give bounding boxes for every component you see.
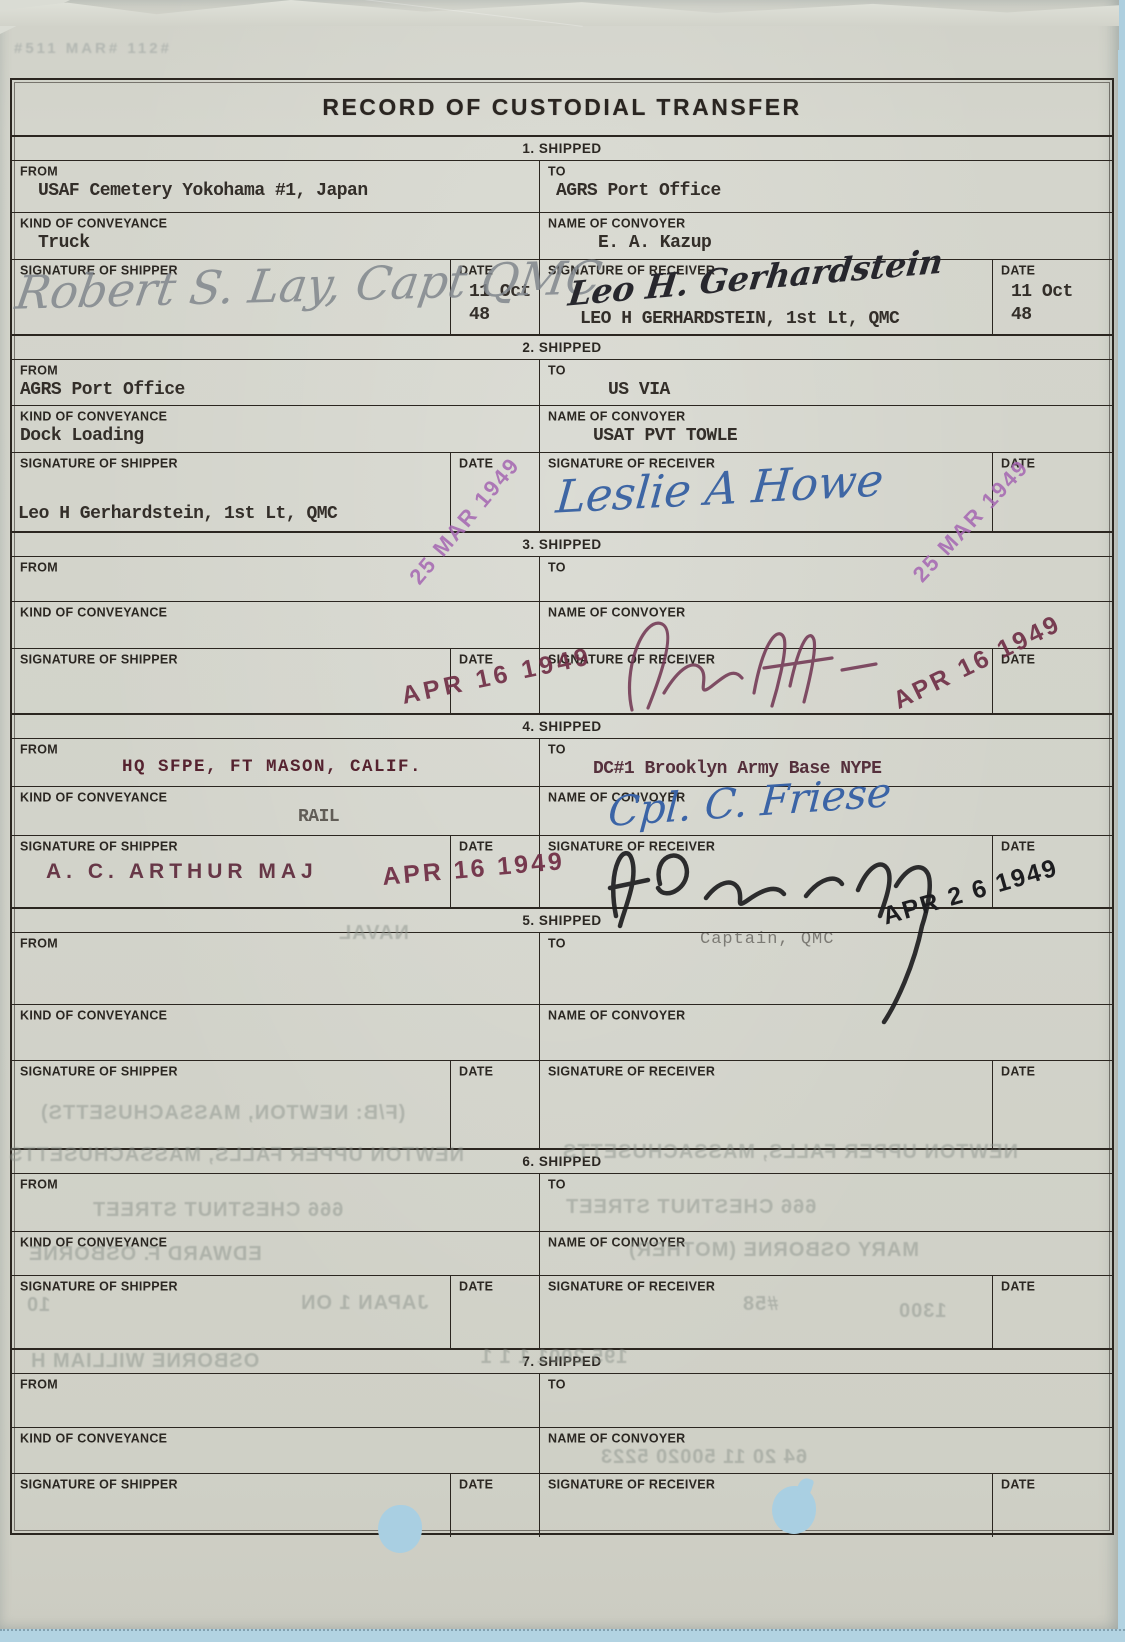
section-7-signature-row: SIGNATURE OF SHIPPER DATE SIGNATURE OF R… — [12, 1474, 1112, 1537]
conveyance-cell: KIND OF CONVEYANCEDock Loading — [12, 406, 539, 452]
to-label: TO — [548, 164, 1106, 179]
convoyer-label: NAME OF CONVOYER — [548, 1008, 1106, 1023]
shipper-typed-name: Leo H Gerhardstein, 1st Lt, QMC — [18, 503, 337, 526]
conveyance-value: Truck — [20, 232, 533, 255]
conveyance-cell: KIND OF CONVEYANCE — [12, 1005, 539, 1060]
shipper-signature-label: SIGNATURE OF SHIPPER — [20, 1064, 444, 1079]
section-4-shipped: 4. SHIPPED FROM TODC#1 Brooklyn Army Bas… — [12, 715, 1112, 909]
date-label: DATE — [1001, 1279, 1106, 1294]
form-title: RECORD OF CUSTODIAL TRANSFER — [322, 94, 801, 121]
shipper-date-cell: DATE11 Oct 48 — [450, 260, 539, 334]
section-heading-label: 4. SHIPPED — [522, 719, 601, 734]
section-3-signature-row: SIGNATURE OF SHIPPER DATE SIGNATURE OF R… — [12, 649, 1112, 715]
from-label: FROM — [20, 1377, 533, 1392]
from-cell: FROM — [12, 739, 539, 786]
to-cell: TODC#1 Brooklyn Army Base NYPE — [539, 739, 1112, 786]
shipper-signature-cell: SIGNATURE OF SHIPPER — [12, 260, 450, 334]
to-label: TO — [548, 742, 1106, 757]
section-4-heading: 4. SHIPPED — [12, 715, 1112, 739]
section-heading-label: 2. SHIPPED — [522, 340, 601, 355]
conveyance-label: KIND OF CONVEYANCE — [20, 790, 533, 805]
date-label: DATE — [1001, 263, 1106, 278]
section-1-conveyance-row: KIND OF CONVEYANCETruck NAME OF CONVOYER… — [12, 213, 1112, 260]
shipper-date-cell: DATE — [450, 453, 539, 531]
date-label: DATE — [459, 456, 533, 471]
section-5-heading: 5. SHIPPED — [12, 909, 1112, 933]
conveyance-value: RAIL — [20, 806, 533, 829]
section-2-conveyance-row: KIND OF CONVEYANCEDock Loading NAME OF C… — [12, 406, 1112, 453]
shipper-signature-cell: SIGNATURE OF SHIPPER — [12, 1276, 450, 1348]
shipper-signature-cell: SIGNATURE OF SHIPPERLeo H Gerhardstein, … — [12, 453, 450, 531]
receiver-date-cell: DATE — [992, 649, 1112, 713]
section-4-conveyance-row: KIND OF CONVEYANCERAIL NAME OF CONVOYER — [12, 787, 1112, 836]
convoyer-label: NAME OF CONVOYER — [548, 605, 1106, 620]
section-heading-label: 3. SHIPPED — [522, 537, 601, 552]
from-cell: FROM — [12, 933, 539, 1004]
section-5-from-to-row: FROM TO — [12, 933, 1112, 1005]
conveyance-label: KIND OF CONVEYANCE — [20, 216, 533, 231]
section-6-signature-row: SIGNATURE OF SHIPPER DATE SIGNATURE OF R… — [12, 1276, 1112, 1350]
receiver-signature-cell: SIGNATURE OF RECEIVER — [539, 1276, 992, 1348]
date-label: DATE — [459, 839, 533, 854]
to-label: TO — [548, 560, 1106, 575]
shipper-date-cell: DATE — [450, 1276, 539, 1348]
section-7-shipped: 7. SHIPPED FROM TO KIND OF CONVEYANCE NA… — [12, 1350, 1112, 1537]
receiver-date-cell: DATE11 Oct 48 — [992, 260, 1112, 334]
conveyance-label: KIND OF CONVEYANCE — [20, 1008, 533, 1023]
section-3-heading: 3. SHIPPED — [12, 533, 1112, 557]
section-2-from-to-row: FROMAGRS Port Office TOUS VIA — [12, 360, 1112, 406]
date-label: DATE — [1001, 456, 1106, 471]
receiver-typed-name: LEO H GERHARDSTEIN, 1st Lt, QMC — [580, 308, 899, 331]
conveyance-value: Dock Loading — [20, 425, 533, 448]
convoyer-label: NAME OF CONVOYER — [548, 409, 1106, 424]
receiver-date-value: 11 Oct 48 — [1001, 279, 1081, 328]
date-label: DATE — [459, 1064, 533, 1079]
section-4-signature-row: SIGNATURE OF SHIPPER DATE SIGNATURE OF R… — [12, 836, 1112, 909]
from-label: FROM — [20, 936, 533, 951]
receiver-signature-label: SIGNATURE OF RECEIVER — [548, 839, 986, 854]
hole-punch-left — [378, 1505, 422, 1553]
to-label: TO — [548, 1177, 1106, 1192]
receiver-signature-label: SIGNATURE OF RECEIVER — [548, 263, 986, 278]
convoyer-cell: NAME OF CONVOYER — [539, 1428, 1112, 1473]
convoyer-label: NAME OF CONVOYER — [548, 1431, 1106, 1446]
conveyance-cell: KIND OF CONVEYANCE — [12, 1428, 539, 1473]
section-heading-label: 5. SHIPPED — [522, 913, 601, 928]
section-2-shipped: 2. SHIPPED FROMAGRS Port Office TOUS VIA… — [12, 336, 1112, 533]
scanned-document: #511 MAR# 112# RECORD OF CUSTODIAL TRANS… — [0, 0, 1125, 1642]
form-title-box: RECORD OF CUSTODIAL TRANSFER — [12, 80, 1112, 137]
section-heading-label: 6. SHIPPED — [522, 1154, 601, 1169]
shipper-signature-label: SIGNATURE OF SHIPPER — [20, 1279, 444, 1294]
convoyer-cell: NAME OF CONVOYERUSAT PVT TOWLE — [539, 406, 1112, 452]
paper-sheet: #511 MAR# 112# RECORD OF CUSTODIAL TRANS… — [0, 0, 1119, 1633]
section-3-from-to-row: FROM TO — [12, 557, 1112, 602]
section-2-heading: 2. SHIPPED — [12, 336, 1112, 360]
scanner-edge-bottom — [0, 1629, 1125, 1642]
section-6-from-to-row: FROM TO — [12, 1174, 1112, 1232]
section-heading-label: 7. SHIPPED — [522, 1354, 601, 1369]
section-1-from-to-row: FROMUSAF Cemetery Yokohama #1, Japan TOA… — [12, 161, 1112, 213]
shipper-signature-label: SIGNATURE OF SHIPPER — [20, 839, 444, 854]
to-value: DC#1 Brooklyn Army Base NYPE — [548, 758, 1106, 781]
convoyer-cell: NAME OF CONVOYERE. A. Kazup — [539, 213, 1112, 259]
section-1-signature-row: SIGNATURE OF SHIPPER DATE11 Oct 48 SIGNA… — [12, 260, 1112, 336]
section-5-signature-row: SIGNATURE OF SHIPPER DATE SIGNATURE OF R… — [12, 1061, 1112, 1150]
receiver-signature-cell: SIGNATURE OF RECEIVER — [539, 649, 992, 713]
convoyer-label: NAME OF CONVOYER — [548, 1235, 1106, 1250]
convoyer-cell: NAME OF CONVOYER — [539, 602, 1112, 648]
conveyance-cell: KIND OF CONVEYANCE — [12, 602, 539, 648]
section-7-heading: 7. SHIPPED — [12, 1350, 1112, 1374]
shipper-signature-cell: SIGNATURE OF SHIPPER — [12, 649, 450, 713]
date-label: DATE — [1001, 652, 1106, 667]
to-cell: TO — [539, 1374, 1112, 1427]
section-1-heading: 1. SHIPPED — [12, 137, 1112, 161]
date-label: DATE — [459, 652, 533, 667]
from-cell: FROM — [12, 557, 539, 601]
section-heading-label: 1. SHIPPED — [522, 141, 601, 156]
date-label: DATE — [1001, 1064, 1106, 1079]
shipper-signature-label: SIGNATURE OF SHIPPER — [20, 263, 444, 278]
receiver-signature-label: SIGNATURE OF RECEIVER — [548, 652, 986, 667]
receiver-date-cell: DATE — [992, 1061, 1112, 1148]
to-label: TO — [548, 936, 1106, 951]
date-label: DATE — [1001, 1477, 1106, 1492]
receiver-signature-cell: SIGNATURE OF RECEIVER — [539, 1061, 992, 1148]
section-6-shipped: 6. SHIPPED FROM TO KIND OF CONVEYANCE NA… — [12, 1150, 1112, 1350]
receiver-signature-label: SIGNATURE OF RECEIVER — [548, 1477, 986, 1492]
to-label: TO — [548, 363, 1106, 378]
to-cell: TO — [539, 1174, 1112, 1231]
section-7-conveyance-row: KIND OF CONVEYANCE NAME OF CONVOYER — [12, 1428, 1112, 1474]
receiver-signature-cell: SIGNATURE OF RECEIVER — [539, 836, 992, 907]
shipper-signature-label: SIGNATURE OF SHIPPER — [20, 652, 444, 667]
shipper-date-cell: DATE — [450, 1474, 539, 1537]
date-label: DATE — [459, 1477, 533, 1492]
from-label: FROM — [20, 164, 533, 179]
convoyer-label: NAME OF CONVOYER — [548, 790, 1106, 805]
section-1-shipped: 1. SHIPPED FROMUSAF Cemetery Yokohama #1… — [12, 137, 1112, 336]
conveyance-cell: KIND OF CONVEYANCE — [12, 1232, 539, 1275]
shipper-date-value: 11 Oct 48 — [459, 279, 539, 328]
faint-top-marks: #511 MAR# 112# — [14, 40, 172, 57]
section-3-conveyance-row: KIND OF CONVEYANCE NAME OF CONVOYER — [12, 602, 1112, 649]
to-cell: TOAGRS Port Office — [539, 161, 1112, 212]
convoyer-cell: NAME OF CONVOYER — [539, 1005, 1112, 1060]
conveyance-cell: KIND OF CONVEYANCETruck — [12, 213, 539, 259]
from-label: FROM — [20, 363, 533, 378]
section-5-shipped: 5. SHIPPED FROM TO KIND OF CONVEYANCE NA… — [12, 909, 1112, 1150]
conveyance-label: KIND OF CONVEYANCE — [20, 605, 533, 620]
receiver-signature-label: SIGNATURE OF RECEIVER — [548, 1064, 986, 1079]
to-value: AGRS Port Office — [548, 180, 1106, 203]
date-label: DATE — [1001, 839, 1106, 854]
scanner-edge-right — [1118, 50, 1125, 1642]
shipper-signature-cell: SIGNATURE OF SHIPPER — [12, 836, 450, 907]
custodial-transfer-form: RECORD OF CUSTODIAL TRANSFER 1. SHIPPED … — [10, 78, 1114, 1535]
receiver-date-cell: DATE — [992, 1276, 1112, 1348]
convoyer-value: E. A. Kazup — [548, 232, 1106, 255]
conveyance-label: KIND OF CONVEYANCE — [20, 1431, 533, 1446]
section-2-signature-row: SIGNATURE OF SHIPPERLeo H Gerhardstein, … — [12, 453, 1112, 533]
to-cell: TO — [539, 557, 1112, 601]
receiver-date-cell: DATE — [992, 1474, 1112, 1537]
section-4-from-to-row: FROM TODC#1 Brooklyn Army Base NYPE — [12, 739, 1112, 787]
section-6-conveyance-row: KIND OF CONVEYANCE NAME OF CONVOYER — [12, 1232, 1112, 1276]
shipper-signature-label: SIGNATURE OF SHIPPER — [20, 1477, 444, 1492]
conveyance-cell: KIND OF CONVEYANCERAIL — [12, 787, 539, 835]
receiver-signature-cell: SIGNATURE OF RECEIVER — [539, 1474, 992, 1537]
shipper-date-cell: DATE — [450, 1061, 539, 1148]
hole-punch-right — [772, 1486, 816, 1534]
from-value: AGRS Port Office — [20, 379, 533, 402]
section-3-shipped: 3. SHIPPED FROM TO KIND OF CONVEYANCE NA… — [12, 533, 1112, 715]
receiver-signature-label: SIGNATURE OF RECEIVER — [548, 1279, 986, 1294]
to-label: TO — [548, 1377, 1106, 1392]
from-cell: FROMAGRS Port Office — [12, 360, 539, 405]
convoyer-cell: NAME OF CONVOYER — [539, 1232, 1112, 1275]
from-label: FROM — [20, 560, 533, 575]
shipper-signature-cell: SIGNATURE OF SHIPPER — [12, 1061, 450, 1148]
from-value: USAF Cemetery Yokohama #1, Japan — [20, 180, 533, 203]
receiver-date-cell: DATE — [992, 453, 1112, 531]
receiver-signature-cell: SIGNATURE OF RECEIVER — [539, 453, 992, 531]
convoyer-cell: NAME OF CONVOYER — [539, 787, 1112, 835]
from-label: FROM — [20, 742, 533, 757]
conveyance-label: KIND OF CONVEYANCE — [20, 409, 533, 424]
from-cell: FROM — [12, 1174, 539, 1231]
date-label: DATE — [459, 1279, 533, 1294]
receiver-signature-cell: SIGNATURE OF RECEIVERLEO H GERHARDSTEIN,… — [539, 260, 992, 334]
convoyer-label: NAME OF CONVOYER — [548, 216, 1106, 231]
receiver-date-cell: DATE — [992, 836, 1112, 907]
receiver-signature-label: SIGNATURE OF RECEIVER — [548, 456, 986, 471]
shipper-date-cell: DATE — [450, 836, 539, 907]
from-cell: FROMUSAF Cemetery Yokohama #1, Japan — [12, 161, 539, 212]
from-cell: FROM — [12, 1374, 539, 1427]
date-label: DATE — [459, 263, 533, 278]
conveyance-label: KIND OF CONVEYANCE — [20, 1235, 533, 1250]
section-6-heading: 6. SHIPPED — [12, 1150, 1112, 1174]
shipper-signature-label: SIGNATURE OF SHIPPER — [20, 456, 444, 471]
to-cell: TOUS VIA — [539, 360, 1112, 405]
to-cell: TO — [539, 933, 1112, 1004]
from-label: FROM — [20, 1177, 533, 1192]
section-7-from-to-row: FROM TO — [12, 1374, 1112, 1428]
to-value: US VIA — [548, 379, 1106, 402]
shipper-date-cell: DATE — [450, 649, 539, 713]
convoyer-value: USAT PVT TOWLE — [548, 425, 1106, 448]
section-5-conveyance-row: KIND OF CONVEYANCE NAME OF CONVOYER — [12, 1005, 1112, 1061]
